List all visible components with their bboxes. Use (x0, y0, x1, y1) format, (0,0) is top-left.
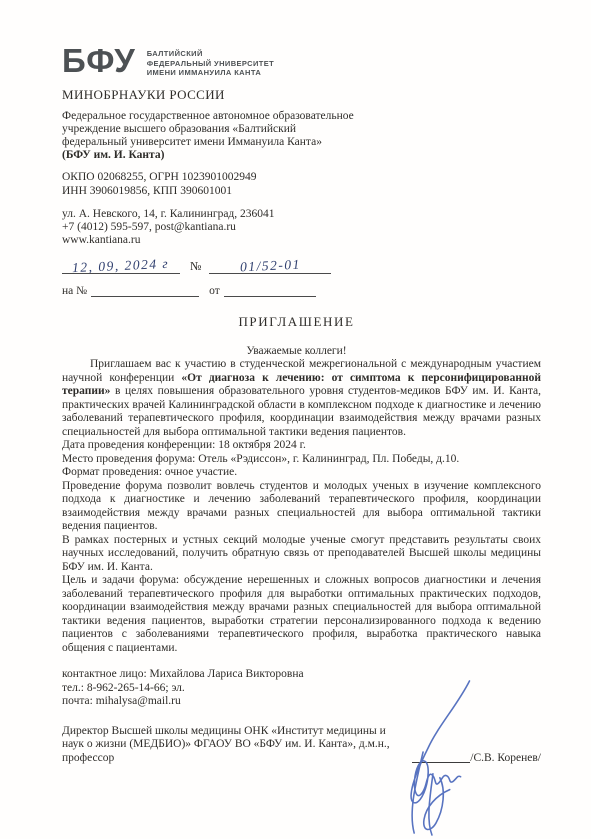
handwritten-number: 01/52-01 (240, 257, 301, 276)
organization-short-name: (БФУ им. И. Канта) (62, 149, 164, 161)
ot-label: от (209, 285, 220, 297)
logo-caption-line1: БАЛТИЙСКИЙ (147, 49, 274, 59)
bfu-logo-caption: БАЛТИЙСКИЙ ФЕДЕРАЛЬНЫЙ УНИВЕРСИТЕТ ИМЕНИ… (147, 44, 274, 78)
paragraph-forum-goal: Проведение форума позволит вовлечь студе… (62, 480, 541, 534)
incoming-number-field (91, 296, 199, 297)
reference-block: 12, 09, 2024 г № 01/52-01 на № от (62, 257, 362, 297)
registration-codes: ОКПО 02068255, ОГРН 1023901002949 ИНН 39… (62, 171, 362, 197)
contact-person-line: контактное лицо: Михайлова Лариса Виктор… (62, 668, 541, 682)
university-logo: БФУ БАЛТИЙСКИЙ ФЕДЕРАЛЬНЫЙ УНИВЕРСИТЕТ И… (62, 44, 541, 78)
signer-name: /С.В. Коренев/ (470, 752, 541, 766)
letter-content: БФУ БАЛТИЙСКИЙ ФЕДЕРАЛЬНЫЙ УНИВЕРСИТЕТ И… (0, 0, 591, 765)
address-phone-email: +7 (4012) 595-597, post@kantiana.ru (62, 221, 382, 234)
logo-caption-line2: ФЕДЕРАЛЬНЫЙ УНИВЕРСИТЕТ (147, 59, 274, 69)
signature-block: Директор Высшей школы медицины ОНК «Инст… (62, 725, 541, 766)
organization-full-name: Федеральное государственное автономное о… (62, 110, 354, 148)
letter-body: Приглашаем вас к участию в студенческой … (62, 358, 541, 655)
bfu-logo-acronym: БФУ (62, 44, 136, 77)
na-number-label: на № (62, 285, 87, 297)
paragraph-poster-sections: В рамках постерных и устных секций молод… (62, 534, 541, 575)
reply-reference-row: на № от (62, 285, 362, 297)
organization-name: Федеральное государственное автономное о… (62, 110, 362, 163)
incoming-date-field (224, 296, 316, 297)
contact-block: контактное лицо: Михайлова Лариса Виктор… (62, 668, 541, 709)
paragraph-invitation: Приглашаем вас к участию в студенческой … (62, 358, 541, 439)
number-sign: № (190, 259, 201, 274)
contact-phone-line: тел.: 8-962-265-14-66; эл. (62, 682, 541, 696)
letter-page: БФУ БАЛТИЙСКИЙ ФЕДЕРАЛЬНЫЙ УНИВЕРСИТЕТ И… (0, 0, 591, 839)
conference-date-line: Дата проведения конференции: 18 октября … (62, 439, 541, 453)
logo-caption-line3: ИМЕНИ ИММАНУИЛА КАНТА (147, 68, 274, 78)
handwritten-date: 12, 09, 2024 г (72, 256, 170, 276)
conference-format-line: Формат проведения: очное участие. (62, 466, 541, 480)
outgoing-number-field: 01/52-01 (209, 257, 331, 274)
address-street: ул. А. Невского, 14, г. Калининград, 236… (62, 208, 382, 221)
codes-line-okpo-ogrn: ОКПО 02068255, ОГРН 1023901002949 (62, 171, 362, 184)
address-block: ул. А. Невского, 14, г. Калининград, 236… (62, 208, 382, 248)
signature-rule (412, 761, 470, 763)
paragraph-aims-tasks: Цель и задачи форума: обсуждение нерешен… (62, 574, 541, 655)
conference-place-line: Место проведения форума: Отель «Рэдиссон… (62, 453, 541, 467)
document-title: ПРИГЛАШЕНИЕ (62, 314, 531, 330)
invitation-text-post: в целях повышения образовательного уровн… (62, 385, 541, 438)
date-field: 12, 09, 2024 г (62, 257, 180, 274)
address-website: www.kantiana.ru (62, 234, 382, 247)
ministry-heading: МИНОБРНАУКИ РОССИИ (62, 87, 541, 103)
signature-line-area: /С.В. Коренев/ (410, 725, 541, 766)
salutation: Уважаемые коллеги! (62, 345, 531, 357)
contact-email-line: почта: mihalysa@mail.ru (62, 695, 541, 709)
date-number-row: 12, 09, 2024 г № 01/52-01 (62, 257, 362, 274)
codes-line-inn-kpp: ИНН 3906019856, КПП 390601001 (62, 185, 362, 198)
signer-position: Директор Высшей школы медицины ОНК «Инст… (62, 725, 410, 766)
